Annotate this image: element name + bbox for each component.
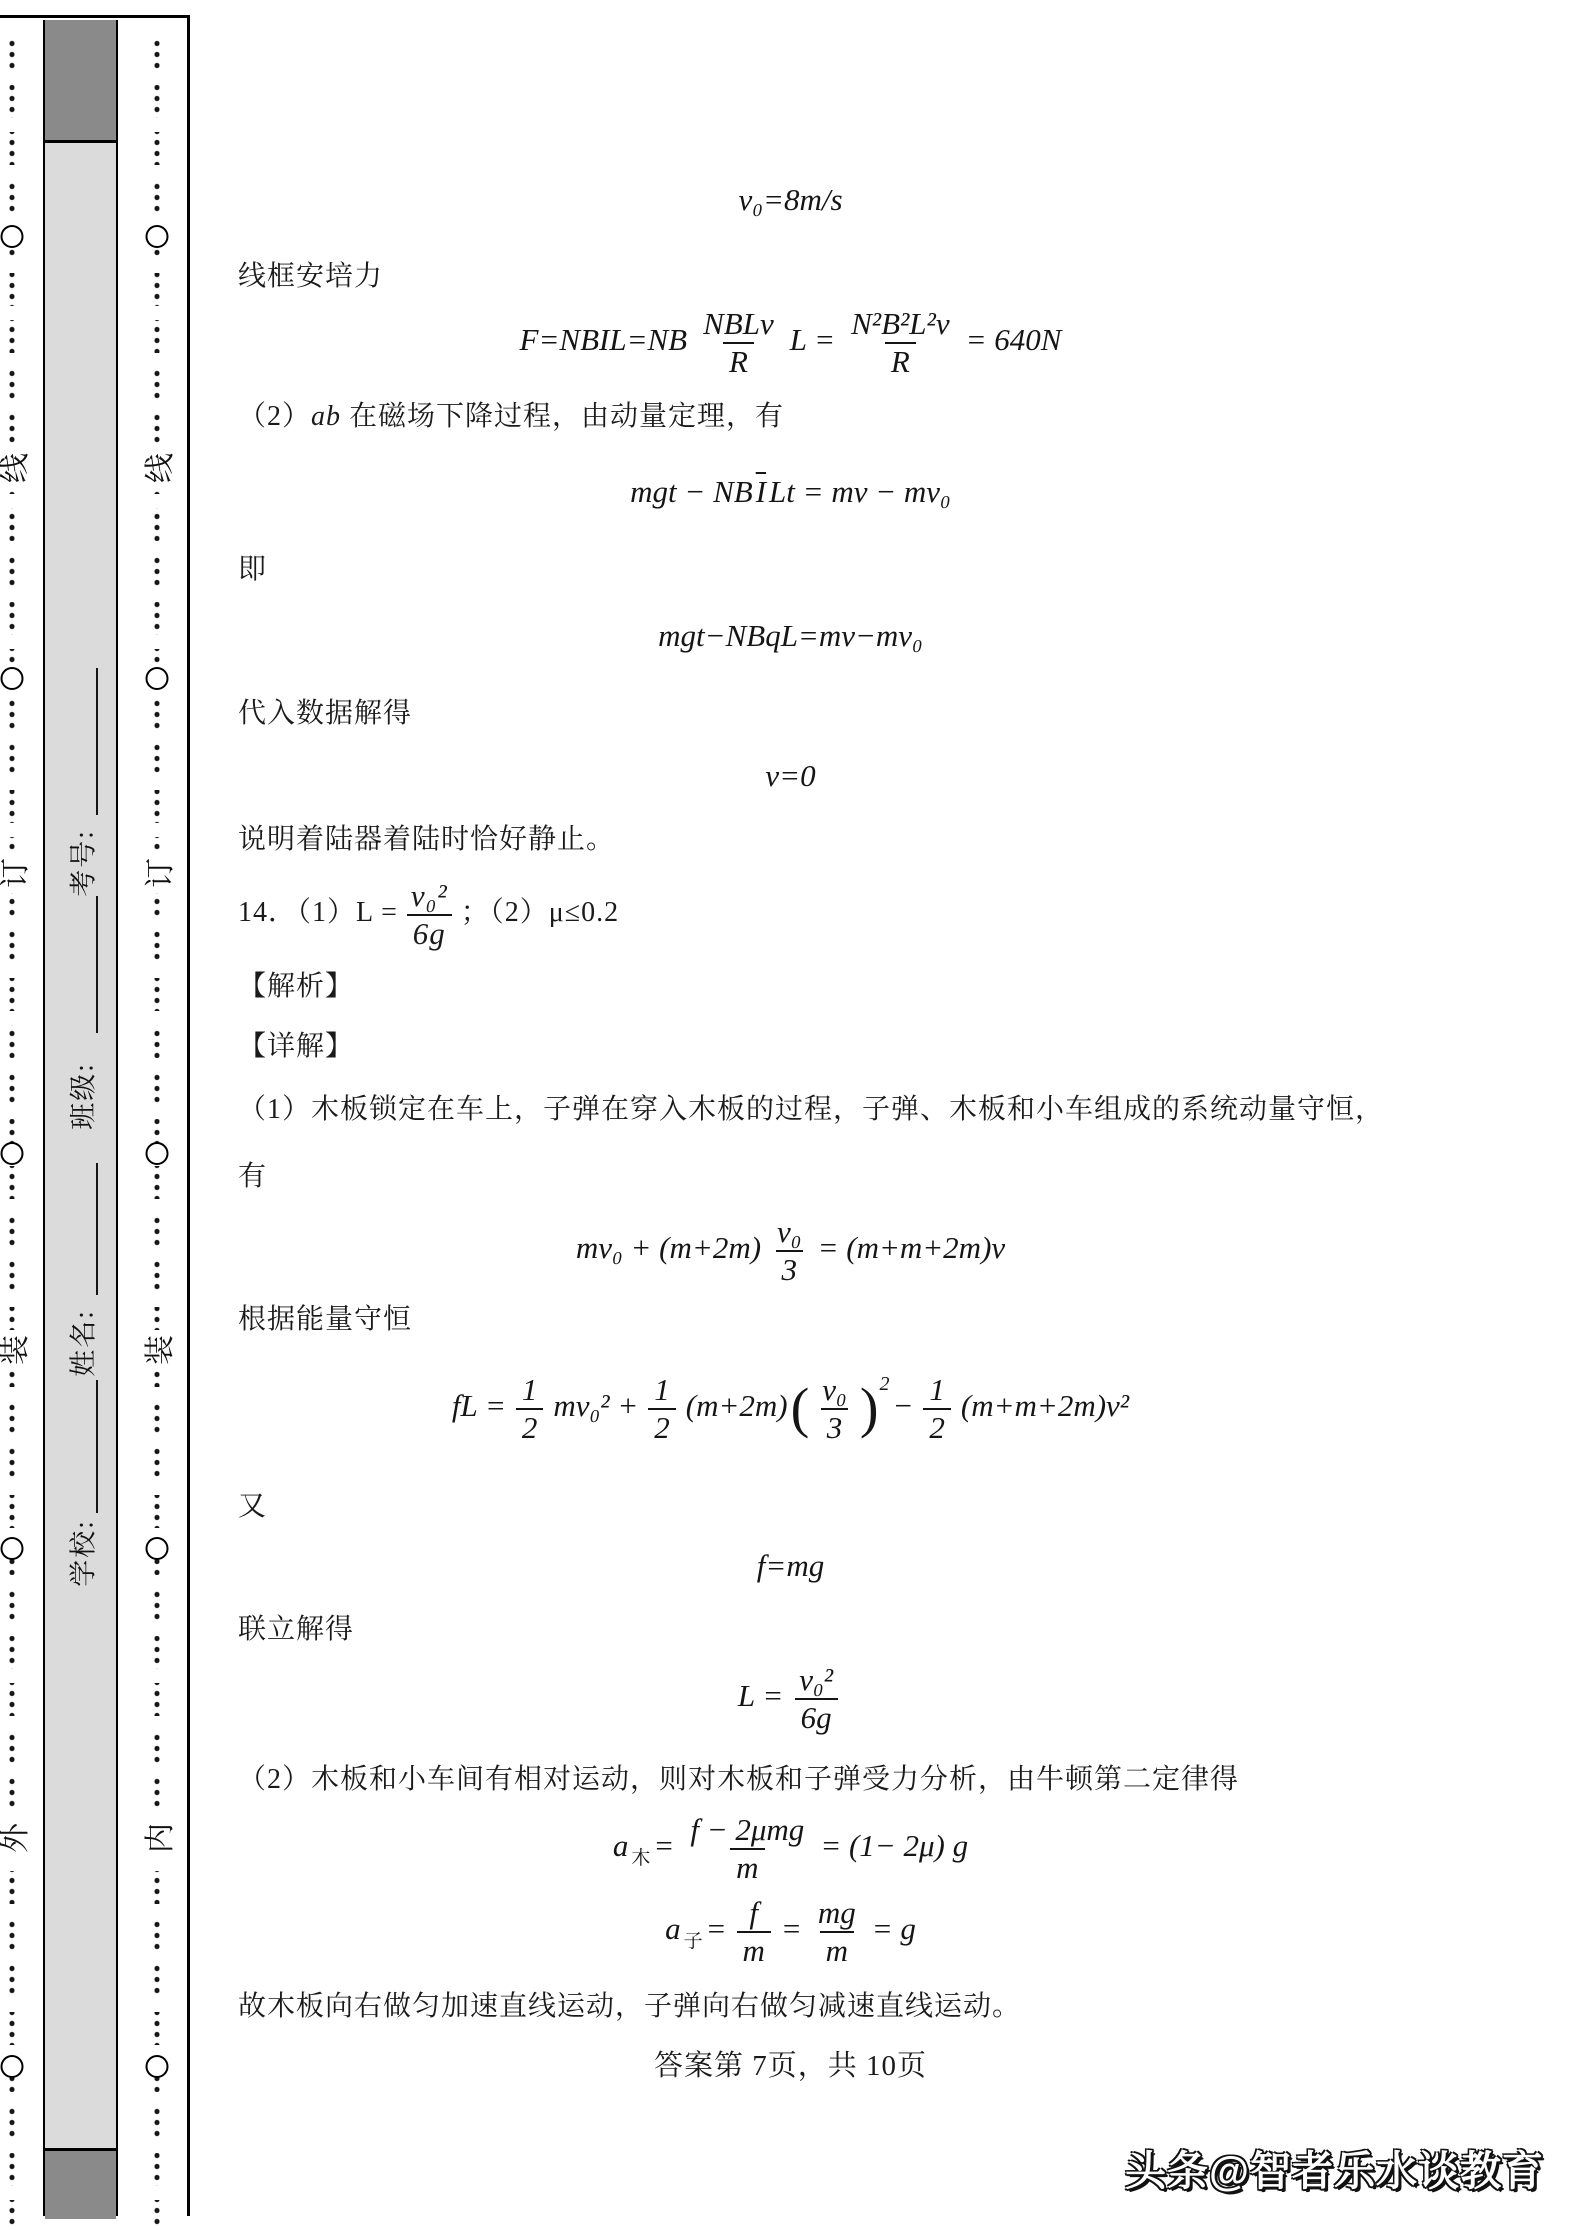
- fraction: f − 2μmgm: [684, 1812, 810, 1885]
- school-blank-line: [96, 1380, 98, 1513]
- binding-char-inside: 内: [132, 1818, 182, 1858]
- binding-margin-outer-column: 线 订 装 外: [0, 38, 25, 2228]
- variable-ab: ab: [311, 401, 341, 432]
- text-energy-conservation: 根据能量守恒: [238, 1297, 1348, 1337]
- fraction-denominator: 2: [923, 1408, 951, 1446]
- fraction-numerator: 1: [648, 1372, 676, 1408]
- fraction-denominator: m: [820, 1931, 854, 1969]
- average-current-overline: I: [756, 474, 766, 509]
- fraction: 12: [923, 1372, 951, 1445]
- binding-char-bind: 装: [132, 1330, 182, 1370]
- text-ampere-force: 线框安培力: [238, 254, 1348, 294]
- equation-part: L =: [790, 322, 835, 357]
- equation-part: fL =: [452, 1388, 506, 1423]
- left-paren: (: [791, 1378, 810, 1440]
- equation-part: = 640N: [966, 322, 1062, 357]
- fraction: fm: [737, 1895, 771, 1968]
- punch-hole-circle: [146, 225, 169, 248]
- equation-part: mv₀ + (m+2m): [576, 1230, 761, 1265]
- equation-part: mv₀² +: [553, 1388, 638, 1423]
- equation-part: F=NBIL=NB: [520, 322, 688, 357]
- fraction: N²B²L²vR: [845, 306, 956, 379]
- equation-final-velocity: v=0: [238, 758, 1343, 794]
- fraction-numerator: f: [743, 1895, 764, 1931]
- exam-answer-page: 线 订 装 外 考号: 班级: 姓名: 学校: 线: [0, 0, 1587, 2230]
- subscript-bullet: 子: [684, 1931, 703, 1952]
- equation-bullet-acceleration: a子=fm=mgm= g: [238, 1895, 1343, 1968]
- fraction-numerator: 1: [923, 1372, 951, 1408]
- equation-impulse-charge: mgt−NBqL=mv−mv₀: [238, 618, 1343, 654]
- fraction: v₀²6g: [793, 1662, 839, 1735]
- equation-part: −: [892, 1388, 913, 1423]
- answer-14-line: 14．（1）L =v₀²6g；（2）μ≤0.2: [238, 878, 1348, 951]
- fraction-numerator: mg: [812, 1895, 862, 1931]
- punch-hole-circle: [146, 1142, 169, 1165]
- fraction: v₀3: [816, 1372, 853, 1445]
- equation-length: L =v₀²6g: [238, 1662, 1343, 1735]
- dotted-binding-line: [10, 38, 15, 2228]
- fraction: mgm: [812, 1895, 862, 1968]
- punch-hole-circle: [1, 1537, 24, 1560]
- right-paren: ): [860, 1378, 879, 1440]
- fraction-denominator: m: [737, 1931, 771, 1969]
- equation-part: a: [665, 1911, 681, 1946]
- fraction-denominator: m: [730, 1848, 764, 1886]
- class-blank-line: [96, 896, 98, 1033]
- name-blank-line: [96, 1163, 98, 1295]
- text-paragraph-2: （2）木板和小车间有相对运动，则对木板和子弹受力分析，由牛顿第二定律得: [238, 1757, 1348, 1797]
- text-have: 有: [238, 1154, 1348, 1194]
- seal-strip: 考号: 班级: 姓名: 学校:: [43, 20, 118, 2216]
- punch-hole-circle: [146, 2055, 169, 2078]
- exam-number-label: 考号:: [61, 829, 100, 897]
- fraction-numerator: v₀²: [405, 878, 454, 914]
- equation-part: L =: [738, 1678, 783, 1713]
- text-part: 在磁场下降过程，由动量定理，有: [341, 401, 784, 432]
- equation-part: Lt = mv − mv₀: [769, 474, 951, 509]
- label-detailed-solution: 【详解】: [238, 1024, 1348, 1064]
- binding-char-bind: 装: [0, 1330, 37, 1370]
- punch-hole-circle: [146, 667, 169, 690]
- equation-part: = (m+m+2m)v: [818, 1230, 1006, 1265]
- superscript-2: 2: [879, 1373, 889, 1395]
- answer-part: ；（2）μ≤0.2: [461, 897, 619, 928]
- equation-part: (m+m+2m)v²: [961, 1388, 1129, 1423]
- binding-char-staple: 订: [132, 853, 182, 893]
- text-that-is: 即: [238, 547, 1348, 587]
- fraction-denominator: R: [723, 342, 754, 380]
- punch-hole-circle: [1, 667, 24, 690]
- equation-part: a: [613, 1828, 629, 1863]
- equation-initial-velocity: v₀=8m/s: [238, 182, 1343, 218]
- fraction-denominator: 2: [516, 1408, 544, 1446]
- fraction-denominator: 3: [776, 1250, 804, 1288]
- fraction-numerator: f − 2μmg: [684, 1812, 810, 1848]
- fraction-denominator: 2: [648, 1408, 676, 1446]
- subscript-board: 木: [631, 1848, 650, 1869]
- text-part: （2）: [238, 401, 311, 432]
- label-analysis: 【解析】: [238, 964, 1348, 1004]
- text-substitute-data: 代入数据解得: [238, 691, 1348, 731]
- fraction: 12: [516, 1372, 544, 1445]
- equation-part: =: [781, 1911, 802, 1946]
- fraction: 12: [648, 1372, 676, 1445]
- fraction-numerator: NBLv: [697, 306, 780, 342]
- fraction-denominator: 6g: [795, 1698, 838, 1736]
- seal-strip-top-block: [45, 20, 116, 143]
- watermark-toutiao: 头条@智者乐水谈教育: [1125, 2138, 1544, 2197]
- punch-hole-circle: [1, 225, 24, 248]
- name-label: 姓名:: [61, 1309, 100, 1377]
- equation-part: = (1− 2μ) g: [820, 1828, 968, 1863]
- equation-part: =: [706, 1911, 727, 1946]
- class-label: 班级:: [61, 1062, 100, 1130]
- binding-char-outside: 外: [0, 1818, 37, 1858]
- text-solve-jointly: 联立解得: [238, 1607, 1348, 1647]
- binding-margin: 线 订 装 外 考号: 班级: 姓名: 学校: 线: [0, 15, 190, 2216]
- text-also: 又: [238, 1484, 1348, 1524]
- equation-momentum-conservation: mv₀ + (m+2m)v₀3= (m+m+2m)v: [238, 1214, 1343, 1287]
- equation-part: mgt − NB: [630, 474, 753, 509]
- exam-number-blank-line: [96, 668, 98, 815]
- equation-board-acceleration: a木=f − 2μmgm= (1− 2μ) g: [238, 1812, 1343, 1885]
- fraction-denominator: 6g: [407, 914, 452, 952]
- fraction: NBLvR: [697, 306, 780, 379]
- fraction-numerator: v₀²: [793, 1662, 839, 1698]
- fraction-numerator: 1: [516, 1372, 544, 1408]
- answer-part: 14．（1）L =: [238, 897, 398, 928]
- dotted-binding-line: [155, 38, 160, 2228]
- punch-hole-circle: [1, 2055, 24, 2078]
- equation-ampere-force: F=NBIL=NBNBLvRL =N²B²L²vR= 640N: [238, 306, 1343, 379]
- fraction-numerator: v₀: [816, 1372, 853, 1408]
- fraction: v₀3: [771, 1214, 808, 1287]
- fraction-numerator: v₀: [771, 1214, 808, 1250]
- fraction-denominator: R: [885, 342, 916, 380]
- binding-margin-inner-column: 线 订 装 内: [144, 38, 170, 2228]
- binding-char-line: 线: [132, 448, 182, 488]
- fraction: v₀²6g: [405, 878, 454, 951]
- equation-part: = g: [872, 1911, 916, 1946]
- text-final-conclusion: 故木板向右做匀加速直线运动，子弹向右做匀减速直线运动。: [238, 1984, 1348, 2024]
- equation-energy: fL =12mv₀² +12(m+2m)(v₀3)2−12(m+m+2m)v²: [238, 1372, 1343, 1445]
- punch-hole-circle: [1, 1142, 24, 1165]
- text-paragraph-1: （1）木板锁定在车上，子弹在穿入木板的过程，子弹、木板和小车组成的系统动量守恒，: [238, 1087, 1348, 1127]
- fraction-denominator: 3: [821, 1408, 849, 1446]
- seal-strip-bottom-block: [45, 2148, 116, 2219]
- binding-char-staple: 订: [0, 853, 37, 893]
- fraction-numerator: N²B²L²v: [845, 306, 956, 342]
- punch-hole-circle: [146, 1537, 169, 1560]
- equation-impulse: mgt − NBILt = mv − mv₀: [238, 474, 1343, 510]
- school-label: 学校:: [61, 1519, 100, 1587]
- equation-part: =: [653, 1828, 674, 1863]
- text-lander-conclusion: 说明着陆器着陆时恰好静止。: [238, 817, 1348, 857]
- binding-char-line: 线: [0, 448, 37, 488]
- page-footer: 答案第 7页，共 10页: [238, 2043, 1343, 2084]
- equation-friction: f=mg: [238, 1548, 1343, 1584]
- equation-part: (m+2m): [686, 1388, 788, 1423]
- text-part2-intro: （2）ab 在磁场下降过程，由动量定理，有: [238, 394, 1348, 434]
